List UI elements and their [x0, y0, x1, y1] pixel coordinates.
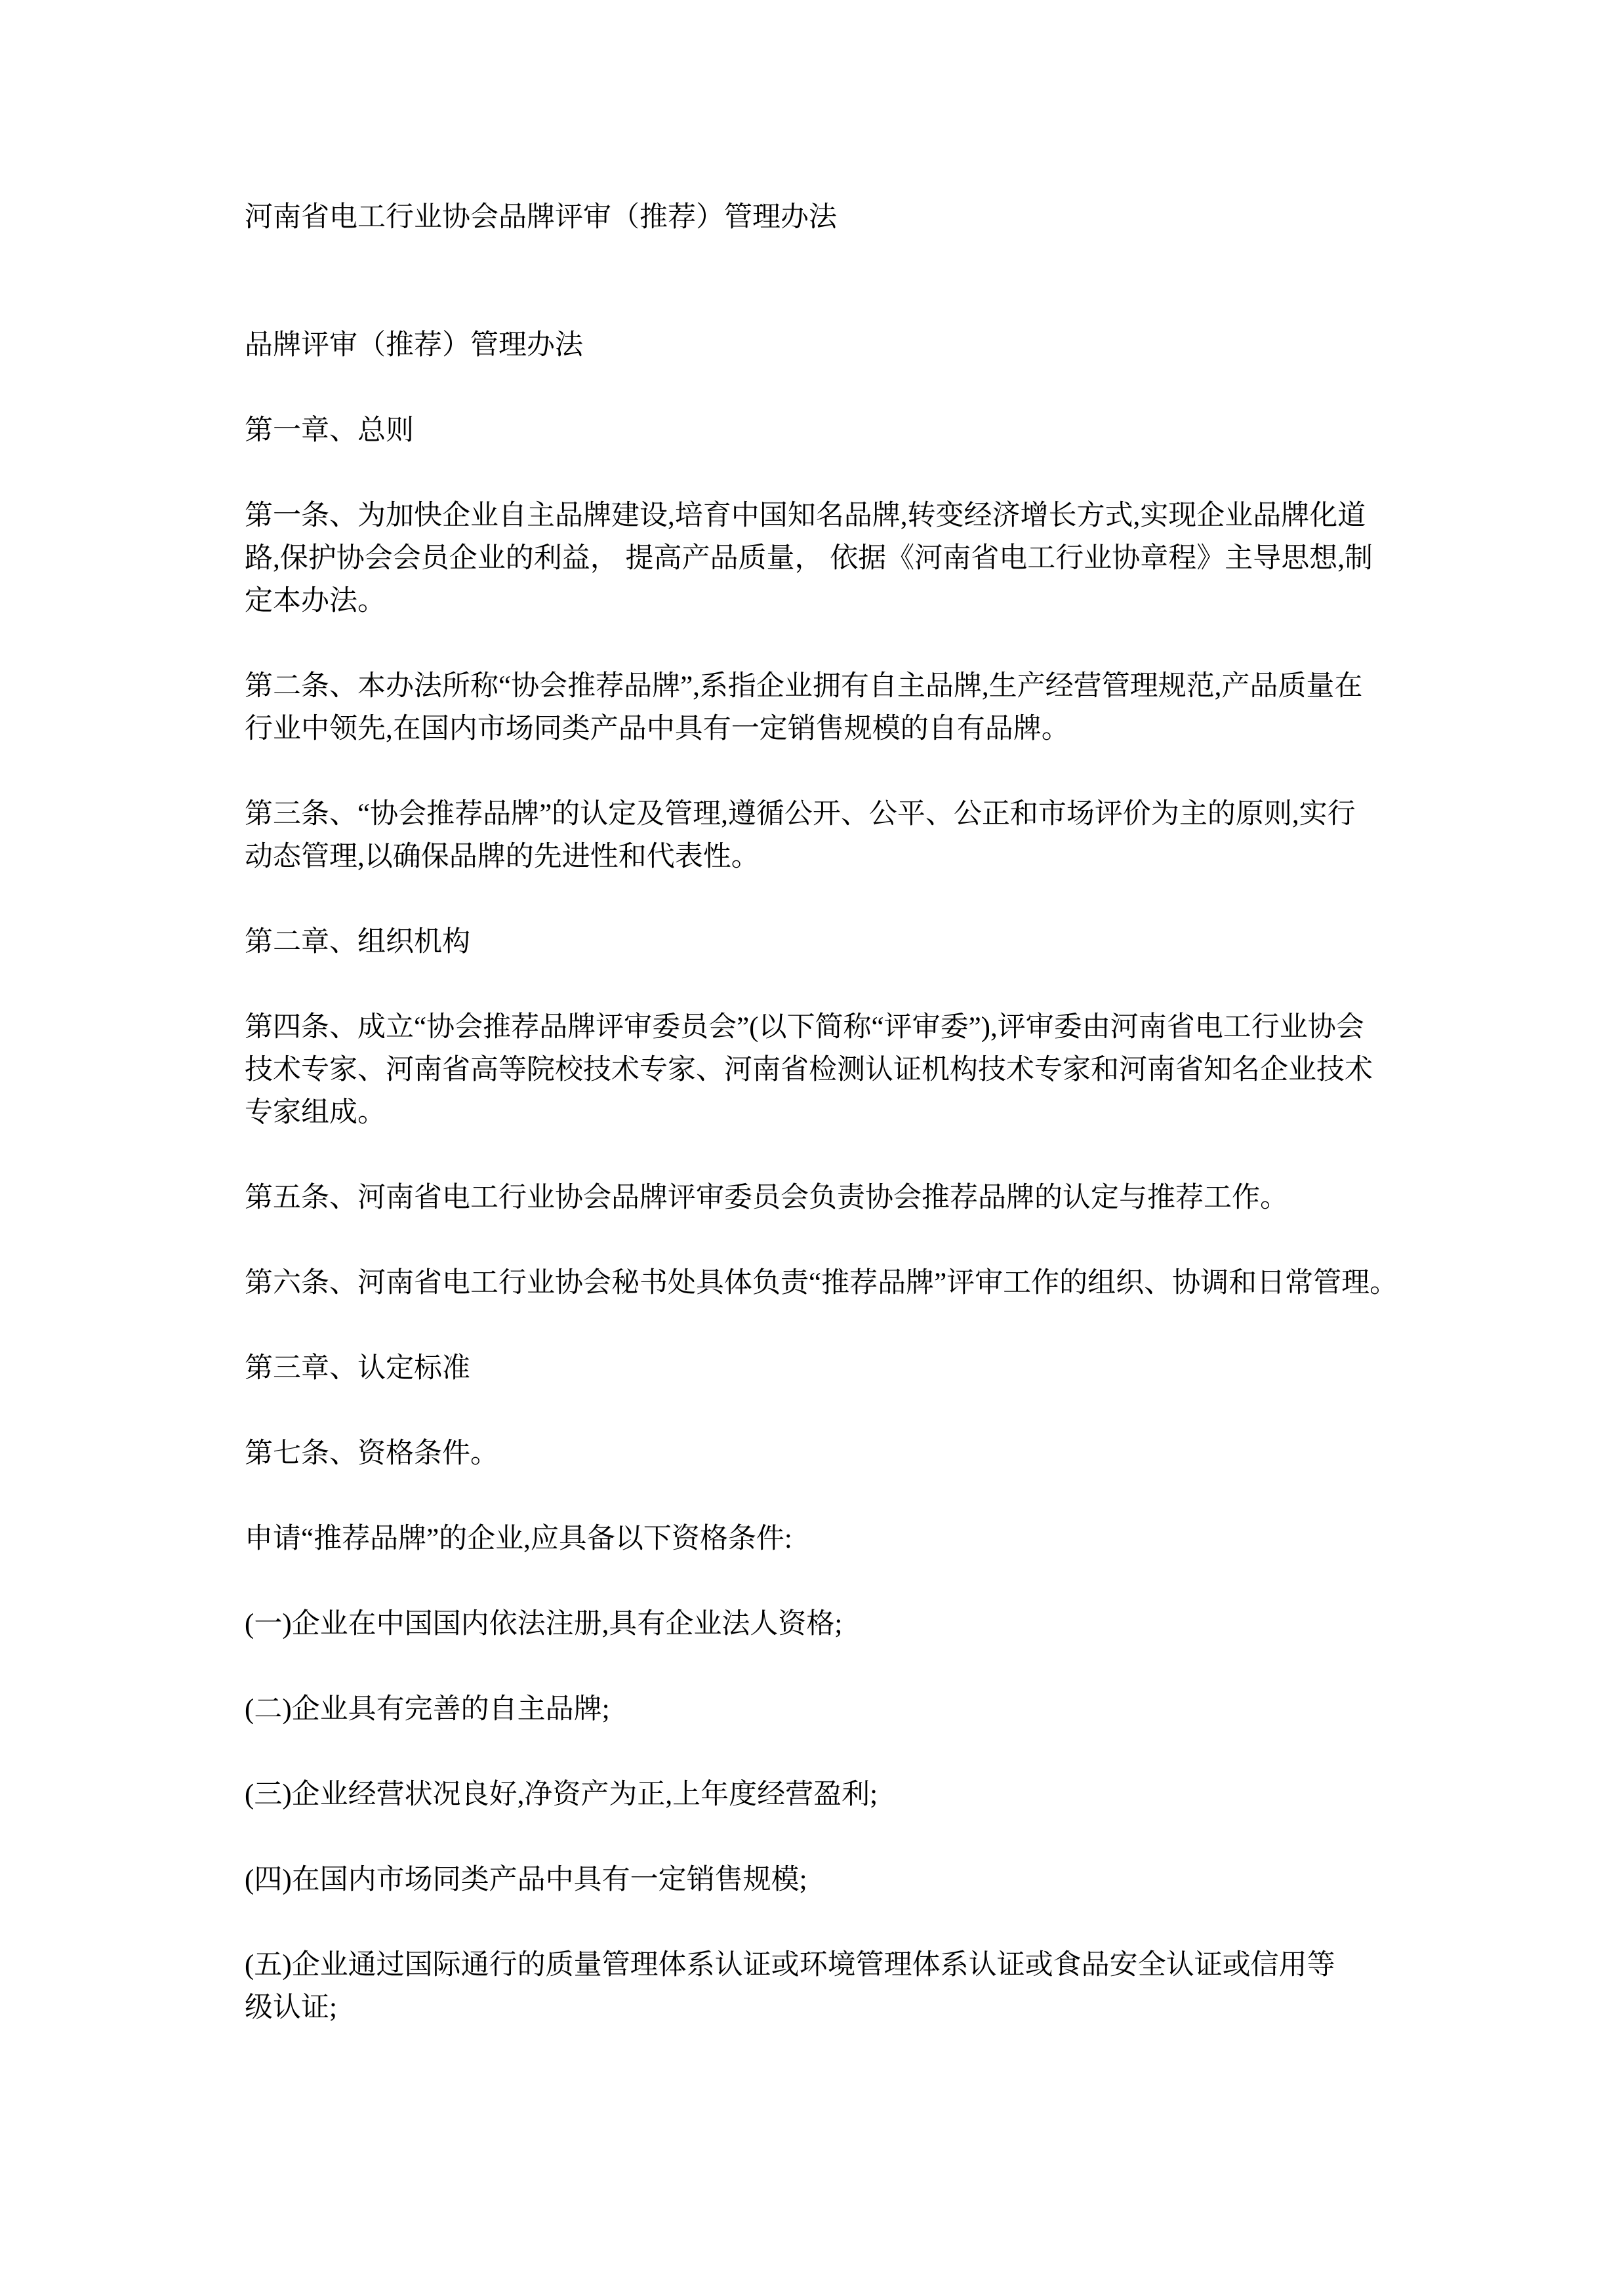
text-line: (五)企业通过国际通行的质量管理体系认证或环境管理体系认证或食品安全认证或信用等 — [245, 1944, 1379, 1986]
text-line: (一)企业在中国国内依法注册,具有企业法人资格; — [245, 1603, 1379, 1645]
text-line: 路,保护协会会员企业的利益， 提高产品质量， 依据《河南省电工行业协章程》主导思… — [245, 537, 1379, 580]
article-5: 第五条、河南省电工行业协会品牌评审委员会负责协会推荐品牌的认定与推荐工作。 — [245, 1177, 1379, 1219]
text-line: 第七条、资格条件。 — [245, 1432, 1379, 1475]
chapter-1-heading: 第一章、总则 — [245, 409, 1379, 452]
text-line: 动态管理,以确保品牌的先进性和代表性。 — [245, 836, 1379, 878]
qualification-item-1: (一)企业在中国国内依法注册,具有企业法人资格; — [245, 1603, 1379, 1645]
text-line: (三)企业经营状况良好,净资产为正,上年度经营盈利; — [245, 1773, 1379, 1816]
text-line: 第三条、“协会推荐品牌”的认定及管理,遵循公开、公平、公正和市场评价为主的原则,… — [245, 793, 1379, 836]
text-line: 河南省电工行业协会品牌评审（推荐）管理办法 — [245, 196, 1379, 239]
qualification-item-2: (二)企业具有完善的自主品牌; — [245, 1688, 1379, 1731]
article-4: 第四条、成立“协会推荐品牌评审委员会”(以下简称“评审委”),评审委由河南省电工… — [245, 1006, 1379, 1134]
text-line: 第一章、总则 — [245, 409, 1379, 452]
text-line: 品牌评审（推荐）管理办法 — [245, 324, 1379, 367]
doc-title: 河南省电工行业协会品牌评审（推荐）管理办法 — [245, 196, 1379, 239]
qualification-item-4: (四)在国内市场同类产品中具有一定销售规模; — [245, 1859, 1379, 1901]
text-line: 定本办法。 — [245, 580, 1379, 622]
text-line: 技术专家、河南省高等院校技术专家、河南省检测认证机构技术专家和河南省知名企业技术 — [245, 1049, 1379, 1091]
text-line: (二)企业具有完善的自主品牌; — [245, 1688, 1379, 1731]
text-line: 行业中领先,在国内市场同类产品中具有一定销售规模的自有品牌。 — [245, 708, 1379, 750]
article-3: 第三条、“协会推荐品牌”的认定及管理,遵循公开、公平、公正和市场评价为主的原则,… — [245, 793, 1379, 878]
text-line: 第五条、河南省电工行业协会品牌评审委员会负责协会推荐品牌的认定与推荐工作。 — [245, 1177, 1379, 1219]
chapter-3-heading: 第三章、认定标准 — [245, 1347, 1379, 1390]
article-2: 第二条、本办法所称“协会推荐品牌”,系指企业拥有自主品牌,生产经营管理规范,产品… — [245, 665, 1379, 750]
document-content: 河南省电工行业协会品牌评审（推荐）管理办法 品牌评审（推荐）管理办法 第一章、总… — [245, 196, 1379, 2072]
qualification-item-3: (三)企业经营状况良好,净资产为正,上年度经营盈利; — [245, 1773, 1379, 1816]
text-line: 级认证; — [245, 1986, 1379, 2029]
text-line: 第一条、为加快企业自主品牌建设,培育中国知名品牌,转变经济增长方式,实现企业品牌… — [245, 494, 1379, 537]
text-line: 第二章、组织机构 — [245, 921, 1379, 963]
text-line: 专家组成。 — [245, 1091, 1379, 1134]
document-page: 河南省电工行业协会品牌评审（推荐）管理办法 品牌评审（推荐）管理办法 第一章、总… — [0, 0, 1624, 2296]
article-7: 第七条、资格条件。 — [245, 1432, 1379, 1475]
text-line: 第六条、河南省电工行业协会秘书处具体负责“推荐品牌”评审工作的组织、协调和日常管… — [245, 1262, 1379, 1304]
text-line: (四)在国内市场同类产品中具有一定销售规模; — [245, 1859, 1379, 1901]
text-line: 第二条、本办法所称“协会推荐品牌”,系指企业拥有自主品牌,生产经营管理规范,产品… — [245, 665, 1379, 708]
doc-subtitle: 品牌评审（推荐）管理办法 — [245, 324, 1379, 367]
article-1: 第一条、为加快企业自主品牌建设,培育中国知名品牌,转变经济增长方式,实现企业品牌… — [245, 494, 1379, 622]
qualification-item-5: (五)企业通过国际通行的质量管理体系认证或环境管理体系认证或食品安全认证或信用等… — [245, 1944, 1379, 2029]
text-line: 第三章、认定标准 — [245, 1347, 1379, 1390]
text-line: 第四条、成立“协会推荐品牌评审委员会”(以下简称“评审委”),评审委由河南省电工… — [245, 1006, 1379, 1049]
qualification-intro: 申请“推荐品牌”的企业,应具备以下资格条件: — [245, 1518, 1379, 1560]
text-line: 申请“推荐品牌”的企业,应具备以下资格条件: — [245, 1518, 1379, 1560]
article-6: 第六条、河南省电工行业协会秘书处具体负责“推荐品牌”评审工作的组织、协调和日常管… — [245, 1262, 1379, 1304]
chapter-2-heading: 第二章、组织机构 — [245, 921, 1379, 963]
